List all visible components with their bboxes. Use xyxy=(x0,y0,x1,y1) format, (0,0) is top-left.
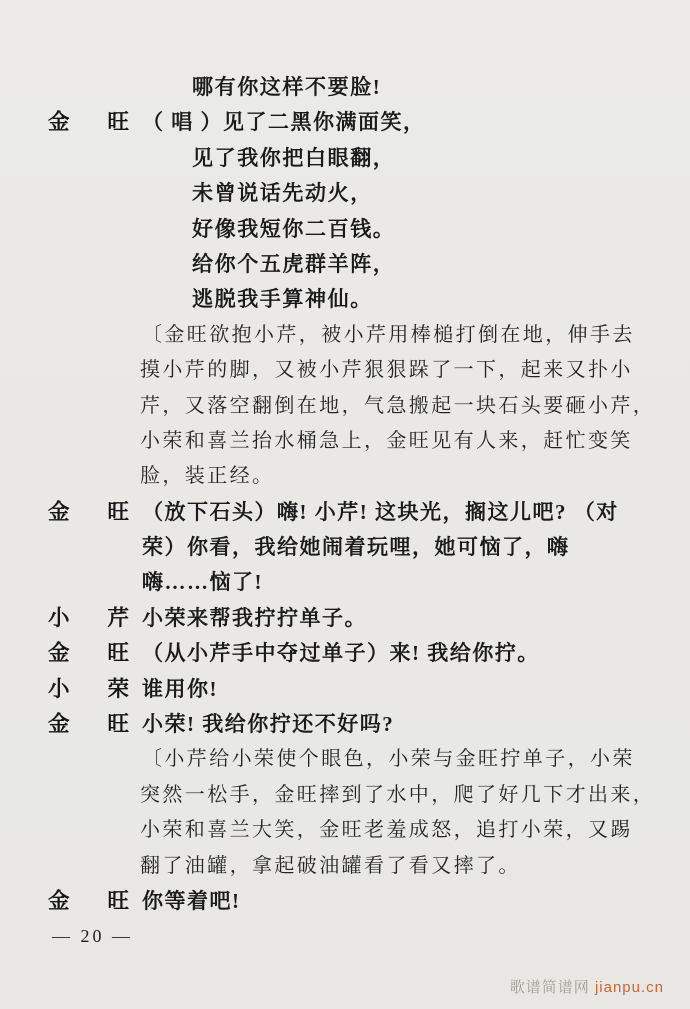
script-line: 金旺你等着吧! xyxy=(0,884,690,919)
script-line: 小芹小荣来帮我拧拧单子。 xyxy=(0,601,690,636)
line-text: 好像我短你二百钱。 xyxy=(192,212,395,247)
watermark-site-url: jianpu.cn xyxy=(595,979,664,996)
line-text: 见了我你把白眼翻， xyxy=(192,141,395,176)
script-line: 金旺（ 唱 ）见了二黑你满面笑， xyxy=(0,105,690,140)
script-line: 嗨……恼了! xyxy=(0,565,690,600)
script-line: 哪有你这样不要脸! xyxy=(0,70,690,105)
speaker-name-char: 旺 xyxy=(107,105,129,140)
line-text: 谁用你! xyxy=(142,672,218,707)
script-line: 小荣谁用你! xyxy=(0,672,690,707)
script-line: 芹，又落空翻倒在地，气急搬起一块石头要砸小芹， xyxy=(0,389,690,424)
line-text: 摸小芹的脚，又被小芹狠狠跺了一下，起来又扑小 xyxy=(140,353,633,388)
watermark: 歌谱简谱网 jianpu.cn xyxy=(510,976,664,997)
script-line: 逃脱我手算神仙。 xyxy=(0,282,690,317)
speaker-name-char: 芹 xyxy=(107,601,129,636)
line-text: 芹，又落空翻倒在地，气急搬起一块石头要砸小芹， xyxy=(140,389,655,424)
speaker-name-char: 金 xyxy=(48,636,70,671)
script-content: 哪有你这样不要脸!金旺（ 唱 ）见了二黑你满面笑，见了我你把白眼翻，未曾说话先动… xyxy=(0,70,690,919)
page-number: — 20 — xyxy=(52,926,133,947)
speaker-name-char: 旺 xyxy=(107,707,129,742)
script-line: 未曾说话先动火， xyxy=(0,176,690,211)
line-text: 荣）你看，我给她闹着玩哩，她可恼了，嗨 xyxy=(142,530,570,565)
speaker-name: 小芹 xyxy=(48,601,129,636)
line-text: 给你个五虎群羊阵， xyxy=(192,247,395,282)
line-text: （放下石头）嗨! 小芹! 这块光，搁这儿吧? （对 xyxy=(142,495,619,530)
speaker-name-char: 小 xyxy=(48,672,70,707)
speaker-name: 金旺 xyxy=(48,636,129,671)
line-text: 〔金旺欲抱小芹，被小芹用棒槌打倒在地，伸手去 xyxy=(142,318,635,353)
script-line: 给你个五虎群羊阵， xyxy=(0,247,690,282)
line-text: 小荣和喜兰抬水桶急上，金旺见有人来，赶忙变笑 xyxy=(140,424,633,459)
script-line: 金旺（放下石头）嗨! 小芹! 这块光，搁这儿吧? （对 xyxy=(0,495,690,530)
scanned-script-page: 哪有你这样不要脸!金旺（ 唱 ）见了二黑你满面笑，见了我你把白眼翻，未曾说话先动… xyxy=(0,0,690,1009)
script-line: 〔小芹给小荣使个眼色，小荣与金旺拧单子，小荣 xyxy=(0,742,690,777)
script-line: 见了我你把白眼翻， xyxy=(0,141,690,176)
speaker-name-char: 旺 xyxy=(107,636,129,671)
line-text: 小荣来帮我拧拧单子。 xyxy=(142,601,367,636)
speaker-name: 小荣 xyxy=(48,672,129,707)
script-line: 摸小芹的脚，又被小芹狠狠跺了一下，起来又扑小 xyxy=(0,353,690,388)
speaker-name: 金旺 xyxy=(48,884,129,919)
speaker-name: 金旺 xyxy=(48,105,129,140)
script-line: 金旺（从小芹手中夺过单子）来! 我给你拧。 xyxy=(0,636,690,671)
watermark-site-name: 歌谱简谱网 xyxy=(510,979,590,996)
script-line: 好像我短你二百钱。 xyxy=(0,212,690,247)
script-line: 小荣和喜兰大笑，金旺老羞成怒，追打小荣，又踢 xyxy=(0,813,690,848)
speaker-name-char: 金 xyxy=(48,707,70,742)
script-line: 〔金旺欲抱小芹，被小芹用棒槌打倒在地，伸手去 xyxy=(0,318,690,353)
speaker-name: 金旺 xyxy=(48,495,129,530)
script-line: 金旺小荣! 我给你拧还不好吗? xyxy=(0,707,690,742)
speaker-name-char: 旺 xyxy=(107,884,129,919)
line-text: 未曾说话先动火， xyxy=(192,176,373,211)
line-text: 嗨……恼了! xyxy=(142,565,263,600)
speaker-name: 金旺 xyxy=(48,707,129,742)
line-text: 你等着吧! xyxy=(142,884,241,919)
line-text: 哪有你这样不要脸! xyxy=(192,70,381,105)
speaker-name-char: 金 xyxy=(48,105,70,140)
speaker-name-char: 荣 xyxy=(107,672,129,707)
line-text: 小荣! 我给你拧还不好吗? xyxy=(142,707,394,742)
line-text: 小荣和喜兰大笑，金旺老羞成怒，追打小荣，又踢 xyxy=(140,813,633,848)
script-line: 翻了油罐，拿起破油罐看了看又摔了。 xyxy=(0,849,690,884)
line-text: （从小芹手中夺过单子）来! 我给你拧。 xyxy=(142,636,540,671)
speaker-name-char: 小 xyxy=(48,601,70,636)
speaker-name-char: 金 xyxy=(48,495,70,530)
script-line: 小荣和喜兰抬水桶急上，金旺见有人来，赶忙变笑 xyxy=(0,424,690,459)
line-text: 脸，装正经。 xyxy=(140,459,274,494)
line-text: 翻了油罐，拿起破油罐看了看又摔了。 xyxy=(140,849,521,884)
line-text: 逃脱我手算神仙。 xyxy=(192,282,373,317)
speaker-name-char: 金 xyxy=(48,884,70,919)
line-text: 〔小芹给小荣使个眼色，小荣与金旺拧单子，小荣 xyxy=(142,742,635,777)
speaker-name-char: 旺 xyxy=(107,495,129,530)
script-line: 脸，装正经。 xyxy=(0,459,690,494)
line-text: 突然一松手，金旺摔到了水中，爬了好几下才出来， xyxy=(140,778,655,813)
script-line: 突然一松手，金旺摔到了水中，爬了好几下才出来， xyxy=(0,778,690,813)
script-line: 荣）你看，我给她闹着玩哩，她可恼了，嗨 xyxy=(0,530,690,565)
line-text: （ 唱 ）见了二黑你满面笑， xyxy=(142,105,426,140)
